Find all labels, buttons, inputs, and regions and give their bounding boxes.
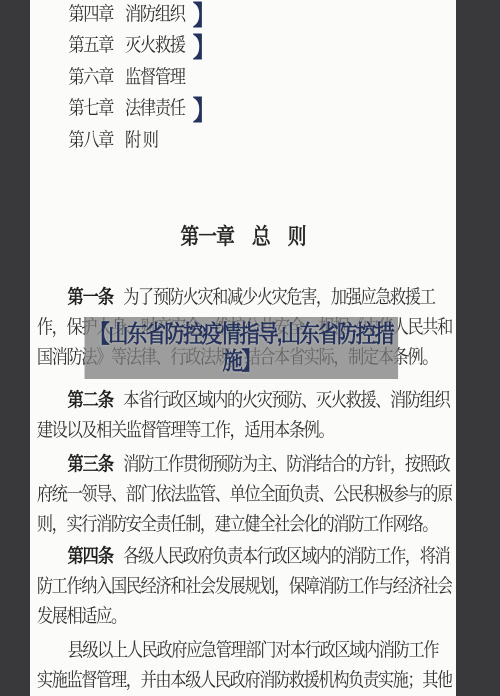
chapter-number: 第八章 xyxy=(68,125,113,156)
chapter-number: 第六章 xyxy=(68,62,113,93)
toc-item: 第六章监督管理 xyxy=(68,62,184,93)
paragraph-county-level: 县级以上人民政府应急管理部门对本行政区域内消防工作 实施监督管理，并由本级人民政… xyxy=(37,636,452,696)
text-line: 发展相适应。 xyxy=(37,602,452,632)
toc-item: 第七章法律责任 xyxy=(68,93,184,124)
line-text: 县级以上人民政府应急管理部门对本行政区域内消防工作 xyxy=(67,640,438,661)
line-text: 则，实行消防安全责任制，建立健全社会化的消防工作网络。 xyxy=(37,514,437,535)
text-line: 府统一领导、部门依法监管、单位全面负责、公民积极参与的原 xyxy=(37,480,452,510)
watermark-bracket-mark: 】 xyxy=(193,96,219,126)
toc-item: 第四章消防组织 xyxy=(68,0,184,30)
line-text: 防工作纳入国民经济和社会发展规划，保障消防工作与经济社会 xyxy=(37,576,452,597)
toc-item: 第八章附 则 xyxy=(68,125,184,156)
chapter-number: 第四章 xyxy=(68,0,113,30)
text-line: 防工作纳入国民经济和社会发展规划，保障消防工作与经济社会 xyxy=(37,572,452,602)
paragraph-article-2: 第二条本省行政区域内的火灾预防、灭火救援、消防组织 建设以及相关监督管理等工作，… xyxy=(37,386,452,446)
watermark-bracket-mark: 】 xyxy=(193,1,219,31)
chapter-title: 监督管理 xyxy=(125,67,185,88)
text-line: 第三条消防工作贯彻预防为主、防消结合的方针，按照政 xyxy=(37,450,452,480)
text-line: 实施监督管理，并由本级人民政府消防救援机构负责实施；其他 xyxy=(37,666,452,696)
document-page: 第四章消防组织 第五章灭火救援 第六章监督管理 第七章法律责任 第八章附 则 】… xyxy=(0,0,500,696)
watermark-text-line2: 施】 xyxy=(85,348,399,375)
chapter-title: 法律责任 xyxy=(125,98,185,119)
paragraph-article-3: 第三条消防工作贯彻预防为主、防消结合的方针，按照政 府统一领导、部门依法监管、单… xyxy=(37,450,452,540)
line-text: 实施监督管理，并由本级人民政府消防救援机构负责实施；其他 xyxy=(37,670,452,691)
watermark-bracket-mark: 】 xyxy=(193,33,219,63)
text-line: 则，实行消防安全责任制，建立健全社会化的消防工作网络。 xyxy=(37,510,452,540)
line-text: 各级人民政府负责本行政区域内的消防工作，将消 xyxy=(123,546,449,567)
chapter-number: 第五章 xyxy=(68,30,113,61)
line-text: 府统一领导、部门依法监管、单位全面负责、公民积极参与的原 xyxy=(37,484,452,505)
table-of-contents: 第四章消防组织 第五章灭火救援 第六章监督管理 第七章法律责任 第八章附 则 xyxy=(68,0,184,156)
line-text: 消防工作贯彻预防为主、防消结合的方针，按照政 xyxy=(123,454,449,475)
scanned-page-content: 第四章消防组织 第五章灭火救援 第六章监督管理 第七章法律责任 第八章附 则 】… xyxy=(30,0,456,696)
chapter-title: 附 则 xyxy=(125,130,158,151)
article-term: 第二条 xyxy=(67,390,113,411)
watermark-text-line1: 【山东省防控疫情指导,山东省防控措 xyxy=(85,321,399,348)
text-line: 县级以上人民政府应急管理部门对本行政区域内消防工作 xyxy=(37,636,452,666)
paragraph-article-4: 第四条各级人民政府负责本行政区域内的消防工作，将消 防工作纳入国民经济和社会发展… xyxy=(37,542,452,632)
toc-item: 第五章灭火救援 xyxy=(68,30,184,61)
watermark-overlay: 【山东省防控疫情指导,山东省防控措 施】 xyxy=(85,317,399,379)
text-line: 第一条为了预防火灾和减少火灾危害，加强应急救援工 xyxy=(37,283,452,313)
right-edge-bar xyxy=(456,0,500,696)
line-text: 建设以及相关监督管理等工作，适用本条例。 xyxy=(37,420,334,441)
text-line: 第四条各级人民政府负责本行政区域内的消防工作，将消 xyxy=(37,542,452,572)
text-line: 第二条本省行政区域内的火灾预防、灭火救援、消防组织 xyxy=(37,386,452,416)
line-text: 发展相适应。 xyxy=(37,606,126,627)
article-term: 第四条 xyxy=(67,546,113,567)
chapter-heading: 第一章 总 则 xyxy=(30,222,456,252)
chapter-number: 第七章 xyxy=(68,93,113,124)
chapter-title: 灭火救援 xyxy=(125,35,185,56)
chapter-title: 消防组织 xyxy=(125,4,185,25)
line-text: 本省行政区域内的火灾预防、灭火救援、消防组织 xyxy=(123,390,449,411)
article-term: 第三条 xyxy=(67,454,113,475)
line-text: 为了预防火灾和减少火灾危害，加强应急救援工 xyxy=(123,287,434,308)
left-edge-bar xyxy=(0,0,30,696)
article-term: 第一条 xyxy=(67,287,113,308)
text-line: 建设以及相关监督管理等工作，适用本条例。 xyxy=(37,416,452,446)
